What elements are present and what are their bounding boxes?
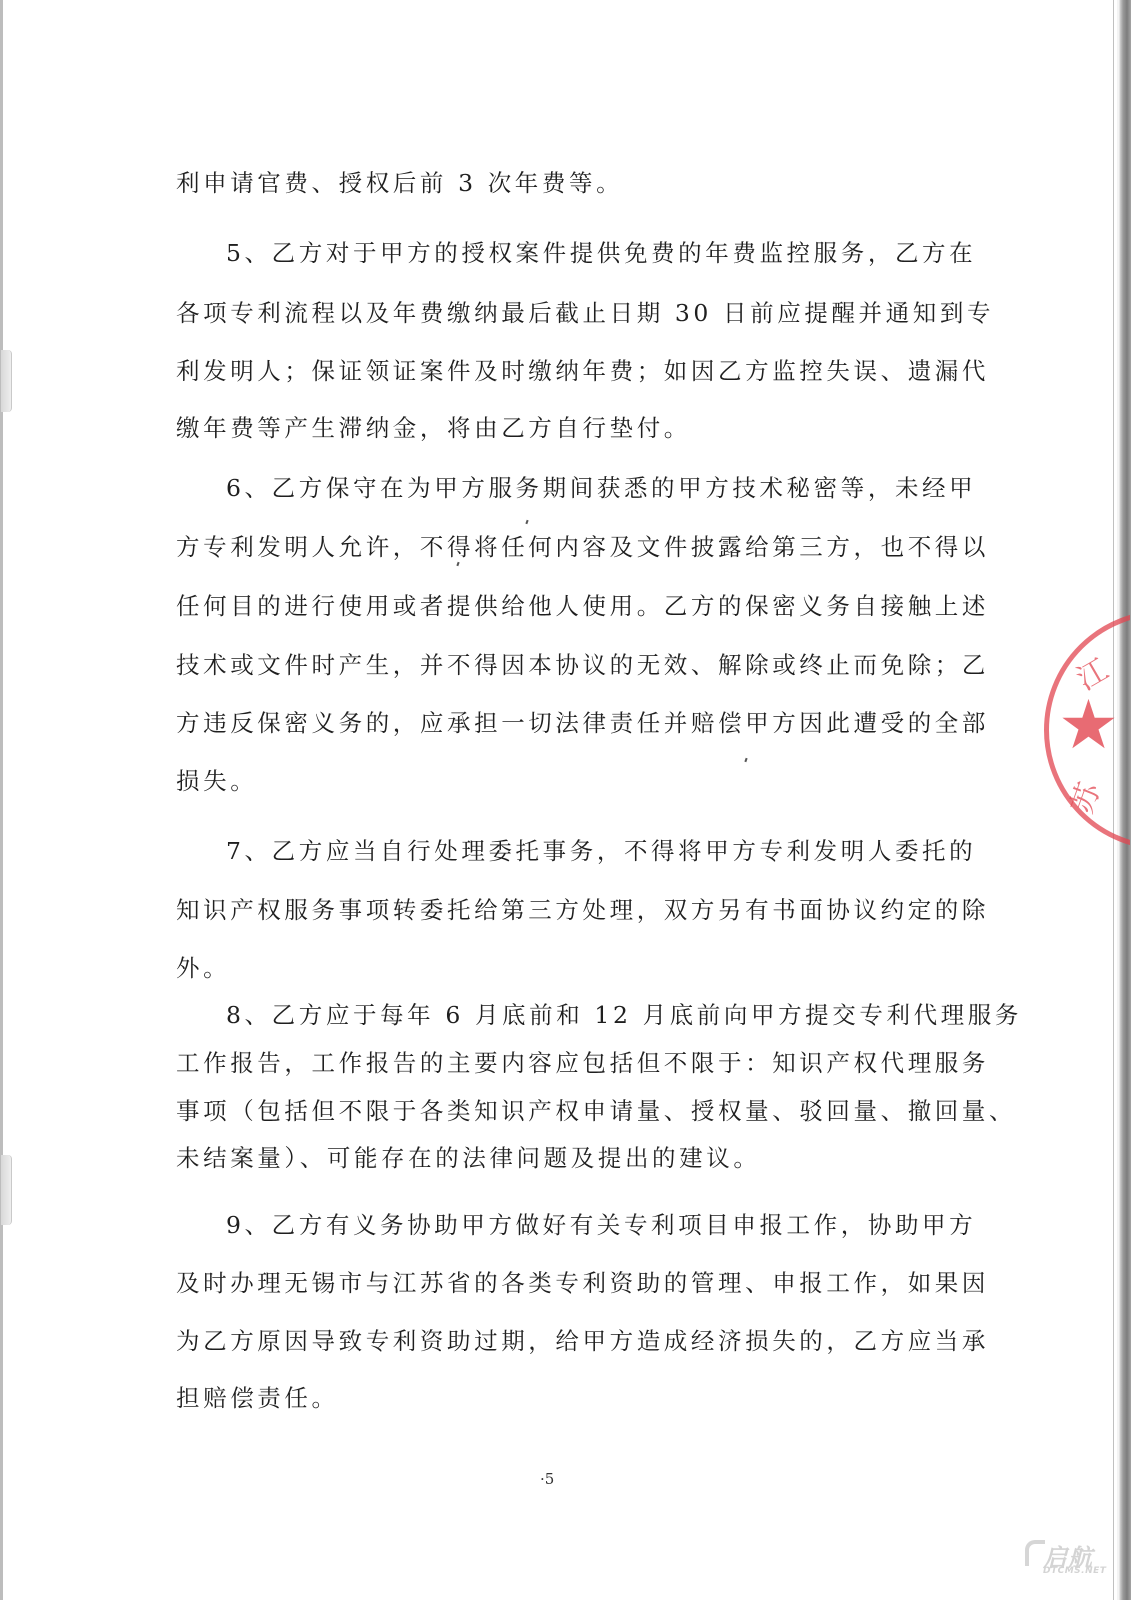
binding-tab (1, 1155, 12, 1225)
clause-9-line: 9、乙方有义务协助甲方做好有关专利项目申报工作，协助甲方 (226, 1210, 976, 1240)
watermark: 启航 DTCMS.NET (1025, 1538, 1120, 1588)
text-line: 知识产权服务事项转委托给第三方处理，双方另有书面协议约定的除 (176, 895, 989, 925)
text-line: 方违反保密义务的，应承担一切法律责任并赔偿甲方因此遭受的全部 (176, 708, 989, 738)
watermark-logo-icon (1025, 1540, 1045, 1566)
scan-speck (744, 758, 747, 762)
binding-tab (1, 350, 12, 412)
page-left-edge (0, 0, 3, 1600)
clause-7-line: 7、乙方应当自行处理委托事务，不得将甲方专利发明人委托的 (226, 836, 976, 866)
text-line: 利申请官费、授权后前 3 次年费等。 (176, 168, 623, 198)
company-seal: 江 ★ 苏 (1040, 610, 1130, 850)
text-line: 及时办理无锡市与江苏省的各类专利资助的管理、申报工作，如果因 (176, 1268, 989, 1298)
text-line: 任何目的进行使用或者提供给他人使用。乙方的保密义务自接触上述 (176, 591, 989, 621)
text-line: 缴年费等产生滞纳金，将由乙方自行垫付。 (176, 413, 691, 443)
watermark-sub-text: DTCMS.NET (1043, 1566, 1106, 1576)
clause-5-line: 5、乙方对于甲方的授权案件提供免费的年费监控服务，乙方在 (226, 238, 976, 268)
text-line: 担赔偿责任。 (176, 1383, 339, 1413)
page-number: ·5 (540, 1470, 554, 1488)
scan-speck (525, 520, 528, 524)
seal-star-icon: ★ (1058, 692, 1119, 760)
text-line: 技术或文件时产生，并不得因本协议的无效、解除或终止而免除；乙 (176, 650, 989, 680)
scan-speck (456, 562, 459, 566)
text-line: 各项专利流程以及年费缴纳最后截止日期 30 日前应提醒并通知到专 (176, 298, 994, 328)
text-line: 事项（包括但不限于各类知识产权申请量、授权量、驳回量、撤回量、 (176, 1096, 1016, 1126)
text-line: 外。 (176, 953, 230, 983)
text-line: 工作报告，工作报告的主要内容应包括但不限于：知识产权代理服务 (176, 1048, 989, 1078)
text-line: 损失。 (176, 766, 257, 796)
text-line: 利发明人；保证领证案件及时缴纳年费；如因乙方监控失误、遗漏代 (176, 356, 989, 386)
text-line: 未结案量）、可能存在的法律问题及提出的建议。 (176, 1143, 760, 1173)
clause-8-line: 8、乙方应于每年 6 月底前和 12 月底前向甲方提交专利代理服务 (226, 1000, 1022, 1030)
text-line: 方专利发明人允许，不得将任何内容及文件披露给第三方，也不得以 (176, 532, 989, 562)
text-line: 为乙方原因导致专利资助过期，给甲方造成经济损失的，乙方应当承 (176, 1326, 989, 1356)
clause-6-line: 6、乙方保守在为甲方服务期间获悉的甲方技术秘密等，未经甲 (226, 473, 976, 503)
